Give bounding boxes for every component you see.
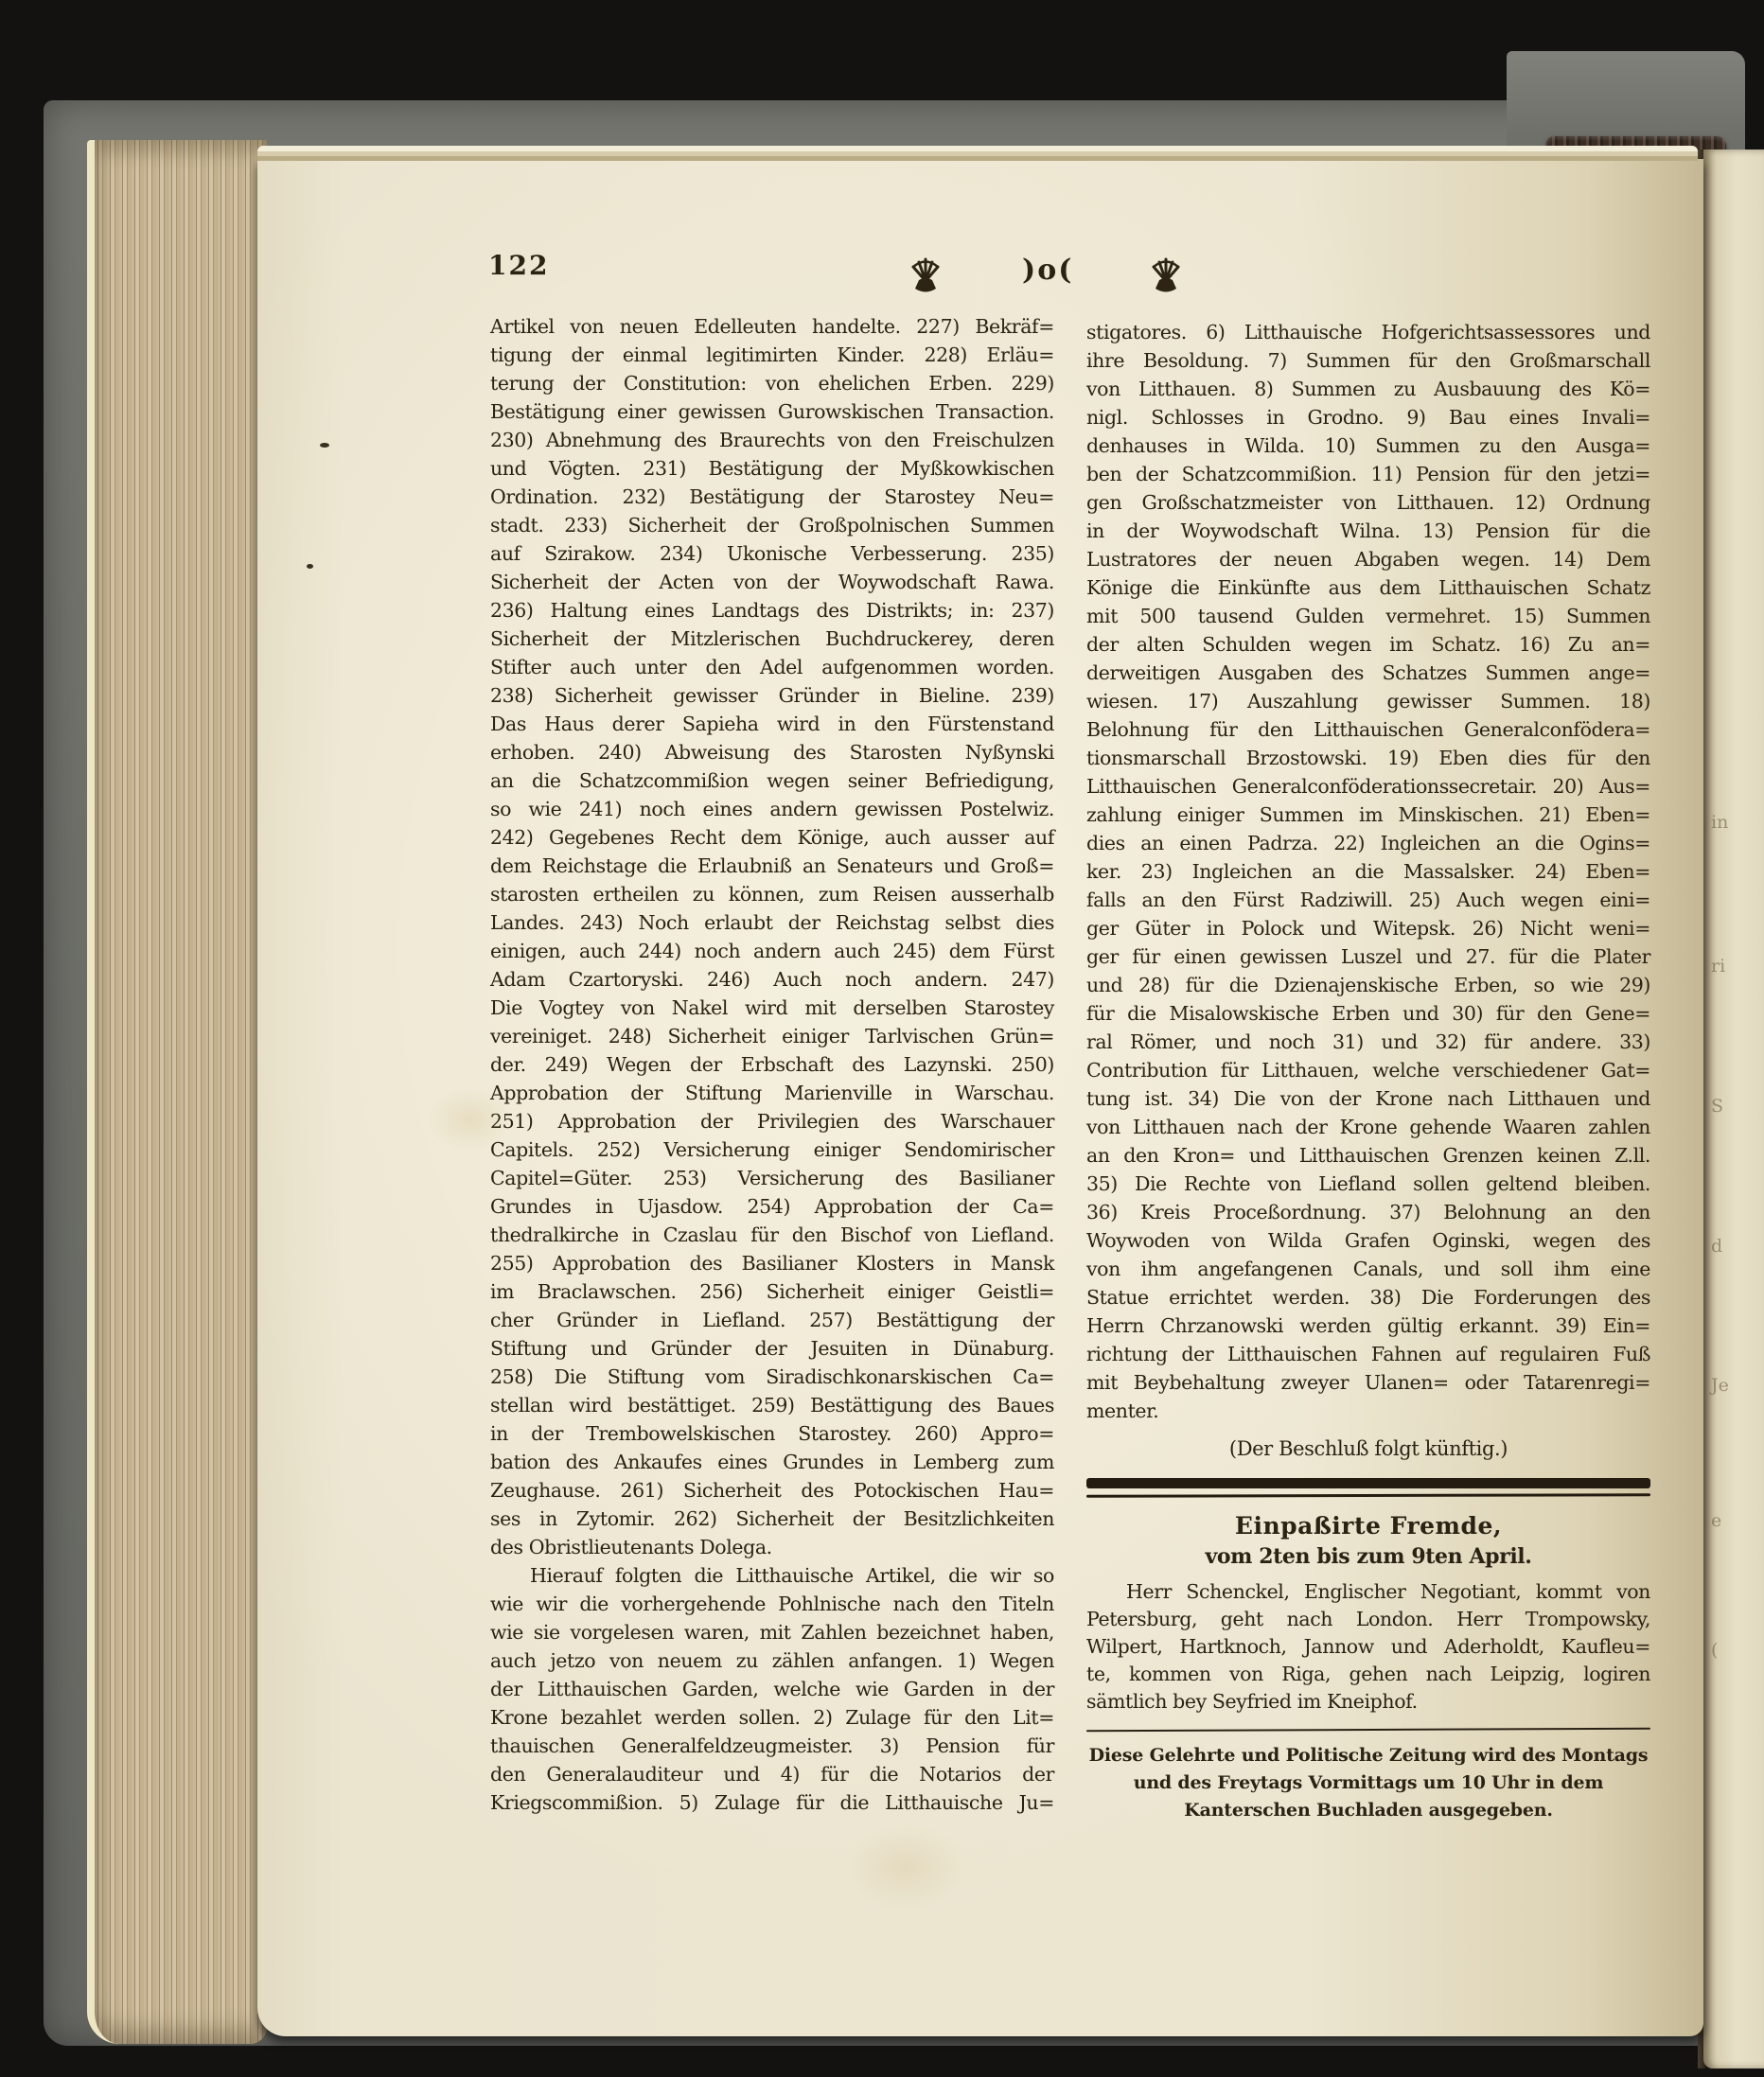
text-line: Bestätigung einer gewissen Gurowskischen… xyxy=(490,397,1054,426)
text-line: falls an den Fürst Radziwill. 25) Auch w… xyxy=(1086,886,1650,914)
text-line: Die Vogtey von Nakel wird mit derselben … xyxy=(490,994,1054,1022)
text-line: terung der Constitution: von ehelichen E… xyxy=(490,369,1054,397)
text-line: so wie 241) noch eines andern gewissen P… xyxy=(490,795,1054,823)
text-line: 251) Approbation der Privilegien des War… xyxy=(490,1107,1054,1135)
text-line: von ihm angefangenen Canals, und soll ih… xyxy=(1086,1255,1650,1283)
shell-ornament-icon xyxy=(1147,255,1185,301)
right-article-list: stigatores. 6) Litthauische Hofgerichtsa… xyxy=(1086,318,1650,1425)
text-line: an den Kron= und Litthauischen Grenzen k… xyxy=(1086,1141,1650,1170)
text-line: Capitels. 252) Versicherung einiger Send… xyxy=(490,1135,1054,1164)
text-line: in der Woywodschaft Wilna. 13) Pension f… xyxy=(1086,517,1650,545)
text-line: Woywoden von Wilda Grafen Oginski, wegen… xyxy=(1086,1226,1650,1255)
text-line: wie wir die vorhergehende Pohlnische nac… xyxy=(490,1590,1054,1618)
text-line: Diese Gelehrte und Politische Zeitung wi… xyxy=(1086,1742,1650,1769)
ink-fleck xyxy=(320,443,329,448)
adjacent-page-text-fragment: e xyxy=(1711,1510,1721,1531)
text-line: von Litthauen nach der Krone gehende Waa… xyxy=(1086,1113,1650,1141)
text-line: thauischen Generalfeldzeugmeister. 3) Pe… xyxy=(490,1732,1054,1760)
text-line: Stiftung und Gründer der Jesuiten in Dün… xyxy=(490,1334,1054,1363)
text-line: 255) Approbation des Basilianer Klosters… xyxy=(490,1249,1054,1277)
text-line: gen Großschatzmeister von Litthauen. 12)… xyxy=(1086,488,1650,517)
right-text-column: stigatores. 6) Litthauische Hofgerichtsa… xyxy=(1086,318,1650,1824)
paper-stain xyxy=(844,1824,967,1910)
text-line: von Litthauen. 8) Summen zu Ausbauung de… xyxy=(1086,375,1650,403)
text-line: wiesen. 17) Auszahlung gewisser Summen. … xyxy=(1086,687,1650,715)
text-line: stigatores. 6) Litthauische Hofgerichtsa… xyxy=(1086,318,1650,346)
text-line: 238) Sicherheit gewisser Gründer in Biel… xyxy=(490,681,1054,710)
text-line: Kanterschen Buchladen ausgegeben. xyxy=(1086,1797,1650,1824)
text-line: dies an einen Padrza. 22) Ingleichen an … xyxy=(1086,829,1650,857)
adjacent-page-text-fragment: Je xyxy=(1711,1375,1729,1396)
text-line: ihre Besoldung. 7) Summen für den Großma… xyxy=(1086,346,1650,375)
text-line: Kriegscommißion. 5) Zulage für die Litth… xyxy=(490,1788,1054,1817)
text-line: tung ist. 34) Die von der Krone nach Lit… xyxy=(1086,1084,1650,1113)
text-line: Lustratores der neuen Abgaben wegen. 14)… xyxy=(1086,545,1650,573)
text-line: Belohnung für den Litthauischen Generalc… xyxy=(1086,715,1650,744)
text-line: cher Gründer in Liefland. 257) Bestättig… xyxy=(490,1306,1054,1334)
double-rule-divider xyxy=(1086,1478,1650,1497)
text-line: in der Trembowelskischen Starostey. 260)… xyxy=(490,1419,1054,1448)
text-line: ker. 23) Ingleichen an die Massalsker. 2… xyxy=(1086,857,1650,886)
text-line: thedralkirche in Czaslau für den Bischof… xyxy=(490,1221,1054,1249)
text-line: Herr Schenckel, Englischer Negotiant, ko… xyxy=(1086,1578,1650,1606)
text-line: Adam Czartoryski. 246) Auch noch andern.… xyxy=(490,965,1054,994)
text-line: Sicherheit der Acten von der Woywodschaf… xyxy=(490,568,1054,596)
left-text-column: Artikel von neuen Edelleuten handelte. 2… xyxy=(490,312,1054,1817)
page-fore-edge-stack xyxy=(87,140,267,2044)
text-line: Könige die Einkünfte aus dem Litthauisch… xyxy=(1086,573,1650,602)
text-line: an die Schatzcommißion wegen seiner Befr… xyxy=(490,766,1054,795)
left-article-list: Artikel von neuen Edelleuten handelte. 2… xyxy=(490,312,1054,1561)
text-line: mit Beybehaltung zweyer Ulanen= oder Tat… xyxy=(1086,1368,1650,1397)
text-line: 36) Kreis Proceßordnung. 37) Belohnung a… xyxy=(1086,1198,1650,1226)
text-line: Zeughause. 261) Sicherheit des Potockisc… xyxy=(490,1476,1054,1505)
page-number: 122 xyxy=(488,250,549,281)
adjacent-page-text-fragment: ( xyxy=(1711,1640,1718,1661)
text-line: tigung der einmal legitimirten Kinder. 2… xyxy=(490,341,1054,369)
adjacent-page-text-fragment: S xyxy=(1711,1096,1723,1117)
text-line: menter. xyxy=(1086,1397,1650,1425)
thin-rule xyxy=(1086,1493,1650,1498)
text-line: Hierauf folgten die Litthauische Artikel… xyxy=(490,1561,1054,1590)
text-line: bation des Ankaufes eines Grundes in Lem… xyxy=(490,1448,1054,1476)
text-line: Approbation der Stiftung Marienville in … xyxy=(490,1079,1054,1107)
text-line: ger für einen gewissen Luszel und 27. fü… xyxy=(1086,942,1650,971)
text-line: tionsmarschall Brzostowski. 19) Eben die… xyxy=(1086,744,1650,772)
text-line: ben der Schatzcommißion. 11) Pension für… xyxy=(1086,460,1650,488)
colophon: Diese Gelehrte und Politische Zeitung wi… xyxy=(1086,1742,1650,1824)
thick-rule xyxy=(1086,1478,1650,1488)
colophon-rule xyxy=(1086,1728,1650,1733)
text-line: für die Misalowskische Erben und 30) für… xyxy=(1086,999,1650,1028)
text-line: zahlung einiger Summen im Minskischen. 2… xyxy=(1086,801,1650,829)
book-page: 122 )o( xyxy=(257,159,1703,2036)
header-ornaments: )o( xyxy=(907,254,1200,301)
shell-ornament-icon xyxy=(907,255,944,301)
text-line: Ordination. 232) Bestätigung der Starost… xyxy=(490,483,1054,511)
text-line: Herrn Chrzanowski werden gültig erkannt.… xyxy=(1086,1311,1650,1340)
text-line: denhauses in Wilda. 10) Summen zu den Au… xyxy=(1086,431,1650,460)
text-line: Litthauischen Generalconföderationssecre… xyxy=(1086,772,1650,801)
text-line: der alten Schulden wegen im Schatz. 16) … xyxy=(1086,630,1650,659)
continuation-note: (Der Beschluß folgt künftig.) xyxy=(1086,1435,1650,1463)
text-line: Krone bezahlet werden sollen. 2) Zulage … xyxy=(490,1703,1054,1732)
text-line: auf Szirakow. 234) Ukonische Verbesserun… xyxy=(490,539,1054,568)
adjacent-page-text-fragment: d xyxy=(1711,1236,1722,1257)
text-line: stellan wird bestättiget. 259) Bestättig… xyxy=(490,1391,1054,1419)
text-line: mit 500 tausend Gulden vermehret. 15) Su… xyxy=(1086,602,1650,630)
travellers-paragraph: Herr Schenckel, Englischer Negotiant, ko… xyxy=(1086,1578,1650,1716)
text-line: stadt. 233) Sicherheit der Großpolnische… xyxy=(490,511,1054,539)
ink-fleck xyxy=(307,564,313,569)
text-line: erhoben. 240) Abweisung des Starosten Ny… xyxy=(490,738,1054,766)
text-line: und 28) für die Dzienajenskische Erben, … xyxy=(1086,971,1650,999)
facing-page-edge: inriSdJee( xyxy=(1703,150,1764,2068)
text-line: des Obristlieutenants Dolega. xyxy=(490,1533,1054,1561)
text-line: Landes. 243) Noch erlaubt der Reichstag … xyxy=(490,908,1054,937)
text-line: Petersburg, geht nach London. Herr Tromp… xyxy=(1086,1606,1650,1633)
text-line: nigl. Schlosses in Grodno. 9) Bau eines … xyxy=(1086,403,1650,431)
text-line: der Litthauischen Garden, welche wie Gar… xyxy=(490,1675,1054,1703)
left-closing-paragraph: Hierauf folgten die Litthauische Artikel… xyxy=(490,1561,1054,1817)
text-line: starosten ertheilen zu können, zum Reise… xyxy=(490,880,1054,908)
text-line: Capitel=Güter. 253) Versicherung des Bas… xyxy=(490,1164,1054,1192)
text-line: Statue errichtet werden. 38) Die Forderu… xyxy=(1086,1283,1650,1311)
text-line: wie sie vorgelesen waren, mit Zahlen bez… xyxy=(490,1618,1054,1646)
text-line: der. 249) Wegen der Erbschaft des Lazyns… xyxy=(490,1050,1054,1079)
section-title: Einpaßirte Fremde, xyxy=(1086,1512,1650,1540)
text-line: ses in Zytomir. 262) Sicherheit der Besi… xyxy=(490,1505,1054,1533)
text-line: Sicherheit der Mitzlerischen Buchdrucker… xyxy=(490,625,1054,653)
text-line: Stifter auch unter den Adel aufgenommen … xyxy=(490,653,1054,681)
text-line: Artikel von neuen Edelleuten handelte. 2… xyxy=(490,312,1054,341)
text-line: Grundes in Ujasdow. 254) Approbation der… xyxy=(490,1192,1054,1221)
text-line: 242) Gegebenes Recht dem Könige, auch au… xyxy=(490,823,1054,852)
text-line: 35) Die Rechte von Liefland sollen gelte… xyxy=(1086,1170,1650,1198)
section-subtitle: vom 2ten bis zum 9ten April. xyxy=(1086,1542,1650,1571)
text-line: te, kommen von Riga, gehen nach Leipzig,… xyxy=(1086,1661,1650,1688)
text-line: richtung der Litthauischen Fahnen auf re… xyxy=(1086,1340,1650,1368)
text-line: 230) Abnehmung des Braurechts von den Fr… xyxy=(490,426,1054,454)
text-line: im Braclawschen. 256) Sicherheit einiger… xyxy=(490,1277,1054,1306)
text-line: einigen, auch 244) noch andern auch 245)… xyxy=(490,937,1054,965)
text-line: auch jetzo von neuem zu zählen anfangen.… xyxy=(490,1646,1054,1675)
text-line: 258) Die Stiftung vom Siradischkonarskis… xyxy=(490,1363,1054,1391)
text-line: vereiniget. 248) Sicherheit einiger Tarl… xyxy=(490,1022,1054,1050)
text-line: sämtlich bey Seyfried im Kneiphof. xyxy=(1086,1688,1650,1716)
adjacent-page-text-fragment: in xyxy=(1711,812,1728,833)
text-line: ral Römer, und noch 31) und 32) für ande… xyxy=(1086,1028,1650,1056)
text-line: Contribution für Litthauen, welche versc… xyxy=(1086,1056,1650,1084)
text-line: Wilpert, Hartknoch, Jannow und Aderholdt… xyxy=(1086,1633,1650,1661)
text-line: und des Freytags Vormittags um 10 Uhr in… xyxy=(1086,1769,1650,1797)
text-line: und Vögten. 231) Bestätigung der Myßkowk… xyxy=(490,454,1054,483)
text-line: den Generalauditeur und 4) für die Notar… xyxy=(490,1760,1054,1788)
page-top-edge xyxy=(257,146,1698,161)
text-line: ger Güter in Polock und Witepsk. 26) Nic… xyxy=(1086,914,1650,942)
text-line: Das Haus derer Sapieha wird in den Fürst… xyxy=(490,710,1054,738)
text-line: 236) Haltung eines Landtags des Distrikt… xyxy=(490,596,1054,625)
text-line: derweitigen Ausgaben des Schatzes Summen… xyxy=(1086,659,1650,687)
text-line: dem Reichstage die Erlaubniß an Senateur… xyxy=(490,852,1054,880)
adjacent-page-text-fragment: ri xyxy=(1711,956,1725,977)
header-signature-mark: )o( xyxy=(1022,254,1073,287)
